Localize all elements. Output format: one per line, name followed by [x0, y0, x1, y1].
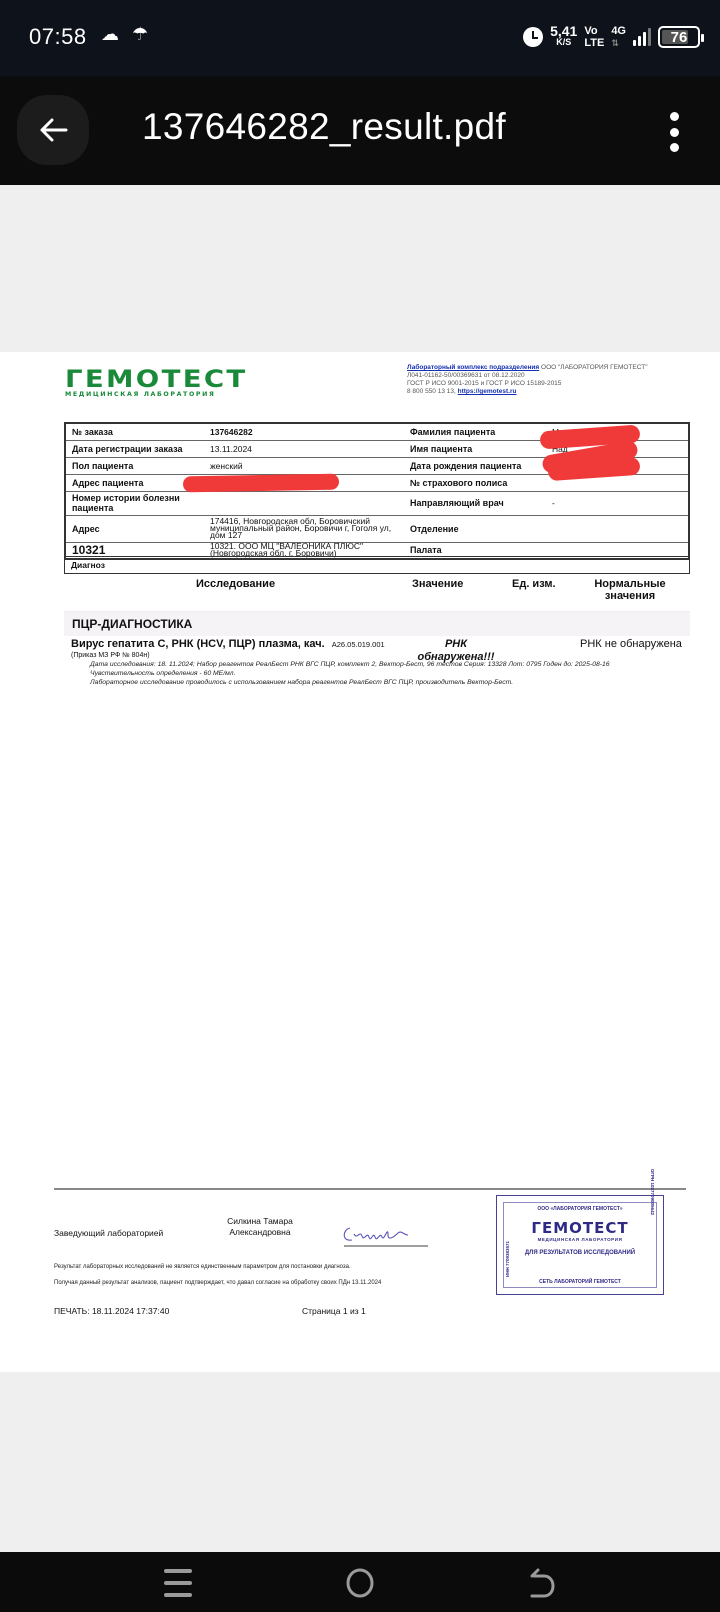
menu-lines-icon [164, 1568, 192, 1598]
stamp-border: ООО «ЛАБОРАТОРИЯ ГЕМОТЕСТ» ГЕМОТЕСТ МЕДИ… [503, 1202, 657, 1288]
consent-note: Получая данный результат анализов, пацие… [54, 1280, 381, 1286]
col-study: Исследование [196, 578, 275, 590]
back-button[interactable] [17, 95, 89, 165]
surname-label: Фамилия пациента [404, 423, 546, 440]
col-value: Значение [412, 578, 463, 590]
lab-stamp: ООО «ЛАБОРАТОРИЯ ГЕМОТЕСТ» ГЕМОТЕСТ МЕДИ… [496, 1195, 664, 1295]
table-row: Номер истории болезни пациента Направляю… [65, 491, 689, 515]
test-name-text: Вирус гепатита С, РНК (HCV, ПЦР) плазма,… [71, 638, 325, 650]
home-button[interactable] [340, 1566, 380, 1600]
signal-icon [633, 28, 651, 46]
stamp-inn: ИНН 7709383571 [505, 1241, 510, 1277]
lab-license: Л041-01162-50/00369631 от 08.12.2020 [407, 372, 677, 380]
stamp-logo: ГЕМОТЕСТ [504, 1219, 656, 1237]
stamp-ogrn: ОГРН 1027709005642 [650, 1169, 655, 1215]
battery-icon: 76 [658, 26, 700, 48]
test-normal-value: РНК не обнаружена [580, 638, 682, 650]
back-nav-button[interactable] [523, 1566, 563, 1600]
test-note: Чувствительность определения - 60 МЕ/мл. [90, 669, 690, 678]
stamp-top-text: ООО «ЛАБОРАТОРИЯ ГЕМОТЕСТ» [504, 1206, 656, 1212]
sex-label: Пол пациента [65, 457, 204, 474]
history-label: Номер истории болезни пациента [65, 491, 204, 515]
arrow-left-icon [38, 117, 68, 143]
doctor-value: - [546, 491, 689, 515]
back-arrow-icon [528, 1567, 558, 1599]
signer-role: Заведующий лабораторией [54, 1228, 163, 1238]
lab-org: ООО "ЛАБОРАТОРИЯ ГЕМОТЕСТ" [541, 364, 648, 371]
clock: 07:58 [29, 24, 87, 50]
logo-name: ГЕМОТЕСТ [65, 368, 248, 390]
diagnosis-field: Диагноз [64, 556, 690, 574]
stamp-purpose: ДЛЯ РЕЗУЛЬТАТОВ ИССЛЕДОВАНИЙ [504, 1249, 656, 1257]
alarm-icon [523, 27, 543, 47]
section-title: ПЦР-ДИАГНОСТИКА [64, 612, 690, 636]
col-unit: Ед. изм. [512, 578, 556, 590]
app-bar: 137646282_result.pdf [0, 76, 720, 185]
recents-button[interactable] [158, 1566, 198, 1600]
address-value: 174416, Новгородская обл, Боровичский му… [204, 515, 404, 542]
network-type: 4G ⇅ [611, 25, 626, 49]
lab-link[interactable]: Лабораторный комплекс подразделения [407, 364, 539, 371]
network-type-label: 4G [611, 25, 626, 37]
test-note: Лабораторное исследование проводилось с … [90, 678, 690, 687]
battery-percent: 76 [671, 29, 688, 46]
order-number: 137646282 [204, 423, 404, 440]
address-label: Адрес [65, 515, 204, 542]
more-options-button[interactable] [668, 112, 680, 152]
cloud-icon: ☁ [101, 24, 119, 45]
volte-indicator: Vo LTE [584, 25, 604, 49]
test-name: Вирус гепатита С, РНК (HCV, ПЦР) плазма,… [71, 638, 385, 650]
col-normal: Нормальные значения [590, 578, 670, 602]
reg-date-label: Дата регистрации заказа [65, 440, 204, 457]
lab-phone: 8 800 550 13 13, [407, 388, 456, 395]
signature-image [340, 1220, 430, 1248]
speed-value: 5,41 [550, 26, 577, 37]
divider [54, 1188, 686, 1190]
stamp-bottom-text: СЕТЬ ЛАБОРАТОРИЙ ГЕМОТЕСТ [504, 1279, 656, 1285]
signer-name: Силкина Тамара Александровна [210, 1216, 310, 1238]
umbrella-icon: ☂ [132, 24, 148, 45]
history-value [204, 491, 404, 515]
lab-website-link[interactable]: https://gemotest.ru [458, 388, 517, 395]
department-value [546, 515, 689, 542]
pdf-page: ГЕМОТЕСТ МЕДИЦИНСКАЯ ЛАБОРАТОРИЯ Лаборат… [0, 352, 720, 1372]
status-indicators: 5,41 K/S Vo LTE 4G ⇅ 76 [523, 20, 700, 54]
test-note: Дата исследования: 18. 11.2024; Набор ре… [90, 660, 690, 669]
doctor-label: Направляющий врач [404, 491, 546, 515]
insurance-label: № страхового полиса [404, 474, 546, 491]
department-label: Отделение [404, 515, 546, 542]
disclaimer: Результат лабораторных исследований не я… [54, 1264, 351, 1270]
volte-bottom: LTE [584, 37, 604, 49]
volte-top: Vo [584, 25, 604, 37]
name-label: Имя пациента [404, 440, 546, 457]
test-notes: Дата исследования: 18. 11.2024; Набор ре… [90, 660, 690, 687]
sex-value: женский [204, 457, 404, 474]
status-bar: 07:58 ☁ ☂ 5,41 K/S Vo LTE 4G ⇅ 76 [0, 0, 720, 76]
document-title: 137646282_result.pdf [142, 106, 506, 148]
home-circle-icon [345, 1567, 375, 1599]
redaction-mark [183, 474, 339, 493]
table-row: Адрес 174416, Новгородская обл, Боровичс… [65, 515, 689, 542]
speed-unit: K/S [556, 37, 571, 48]
page-number: Страница 1 из 1 [302, 1306, 366, 1316]
data-arrows-icon: ⇅ [611, 37, 626, 49]
test-code: A26.05.019.001 [332, 640, 385, 649]
system-nav-bar [0, 1552, 720, 1612]
more-vertical-icon [670, 112, 679, 121]
lab-logo: ГЕМОТЕСТ МЕДИЦИНСКАЯ ЛАБОРАТОРИЯ [65, 368, 224, 398]
dob-label: Дата рождения пациента [404, 457, 546, 474]
print-timestamp: ПЕЧАТЬ: 18.11.2024 17:37:40 [54, 1306, 169, 1316]
test-order: (Приказ МЗ РФ № 804н) [71, 652, 150, 659]
lab-info: Лабораторный комплекс подразделения ООО … [407, 364, 677, 396]
reg-date-value: 13.11.2024 [204, 440, 404, 457]
network-speed: 5,41 K/S [550, 26, 577, 48]
stamp-subtitle: МЕДИЦИНСКАЯ ЛАБОРАТОРИЯ [504, 1237, 656, 1242]
lab-standards: ГОСТ Р ИСО 9001-2015 и ГОСТ Р ИСО 15189-… [407, 380, 677, 388]
order-label: № заказа [65, 423, 204, 440]
